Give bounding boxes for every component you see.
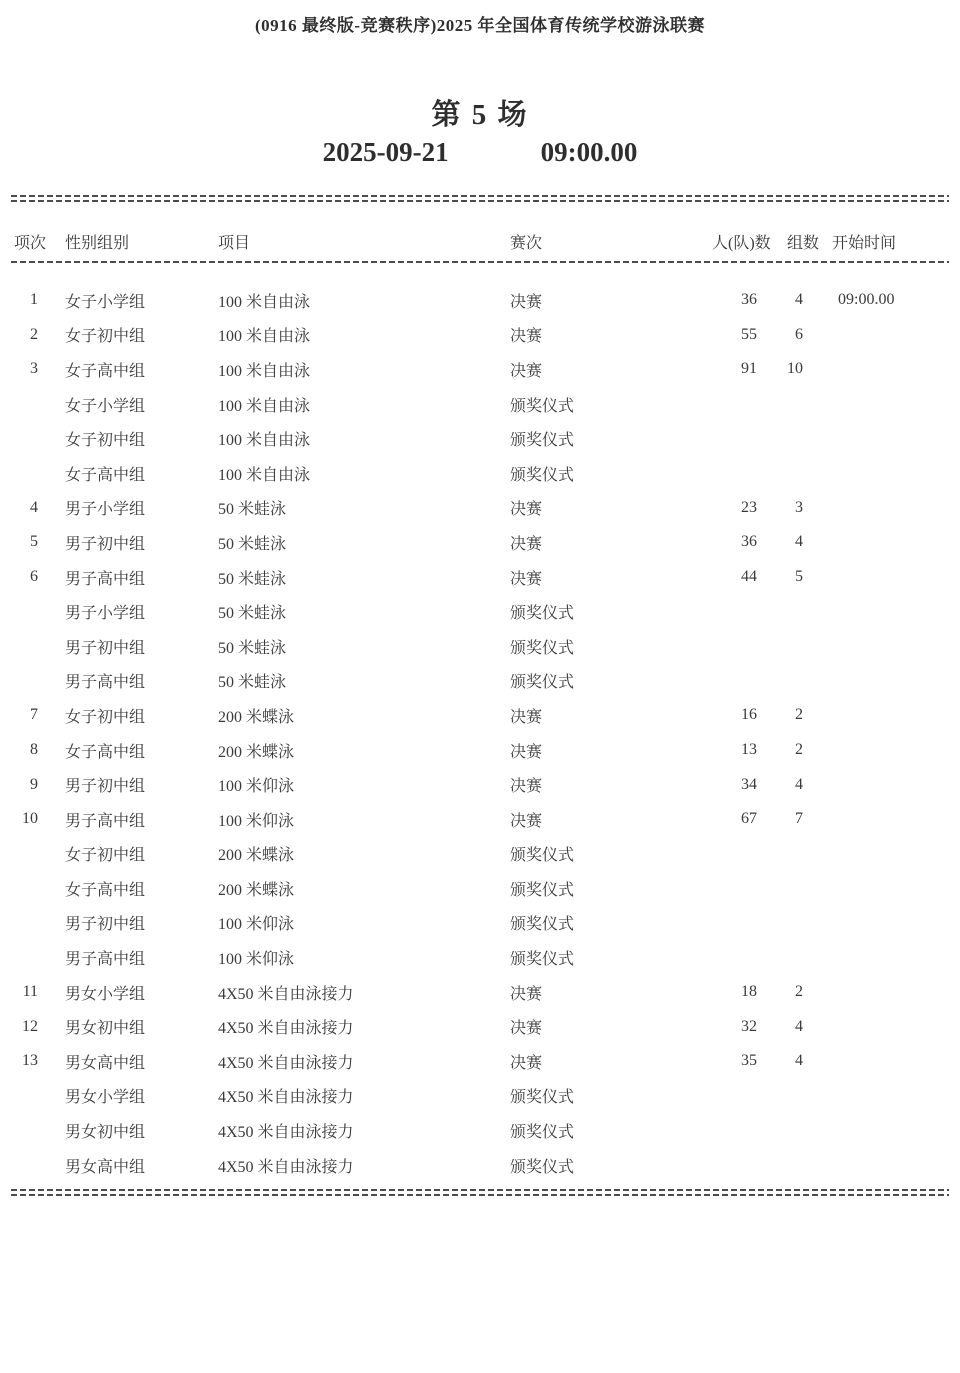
table-row: 男子初中组 50 米蛙泳 颁奖仪式 — [14, 629, 960, 664]
cell-count: 16 — [690, 706, 757, 724]
cell-event: 100 米自由泳 — [218, 323, 510, 346]
cell-item-number: 11 — [14, 983, 65, 1001]
cell-group: 男子高中组 — [65, 669, 218, 692]
cell-event: 100 米自由泳 — [218, 289, 510, 312]
cell-heats: 4 — [757, 291, 803, 309]
session-time: 09:00.00 — [541, 137, 638, 167]
cell-event: 4X50 米自由泳接力 — [218, 1119, 510, 1142]
cell-event: 100 米自由泳 — [218, 393, 510, 416]
header-heats: 组数 — [787, 230, 819, 253]
cell-round: 决赛 — [510, 808, 690, 831]
cell-event: 200 米蝶泳 — [218, 877, 510, 900]
cell-round: 决赛 — [510, 981, 690, 1004]
cell-group: 男子初中组 — [65, 531, 218, 554]
cell-group: 男女初中组 — [65, 1015, 218, 1038]
cell-event: 50 米蛙泳 — [218, 669, 510, 692]
schedule-page: (0916 最终版-竞赛秩序)2025 年全国体育传统学校游泳联赛 第 5 场 … — [0, 0, 960, 1196]
cell-round: 颁奖仪式 — [510, 946, 690, 969]
cell-heats: 4 — [757, 776, 803, 794]
table-row: 男子小学组 50 米蛙泳 颁奖仪式 — [14, 594, 960, 629]
cell-count: 91 — [690, 360, 757, 378]
header-no: 项次 — [14, 230, 46, 253]
cell-group: 女子小学组 — [65, 289, 218, 312]
cell-event: 100 米仰泳 — [218, 911, 510, 934]
cell-group: 女子初中组 — [65, 842, 218, 865]
table-row: 9 男子初中组 100 米仰泳 决赛 34 4 — [14, 767, 960, 802]
cell-heats: 6 — [757, 326, 803, 344]
cell-item-number: 3 — [14, 360, 65, 378]
cell-item-number: 5 — [14, 533, 65, 551]
cell-count: 34 — [690, 776, 757, 794]
table-row: 12 男女初中组 4X50 米自由泳接力 决赛 32 4 — [14, 1009, 960, 1044]
cell-count: 23 — [690, 499, 757, 517]
cell-group: 女子高中组 — [65, 358, 218, 381]
header-group: 性别组别 — [65, 230, 129, 253]
table-row: 2 女子初中组 100 米自由泳 决赛 55 6 — [14, 318, 960, 353]
cell-count: 13 — [690, 741, 757, 759]
cell-round: 颁奖仪式 — [510, 911, 690, 934]
table-row: 1 女子小学组 100 米自由泳 决赛 36 4 09:00.00 — [14, 283, 960, 318]
cell-item-number: 6 — [14, 568, 65, 586]
cell-count: 36 — [690, 291, 757, 309]
cell-round: 决赛 — [510, 531, 690, 554]
cell-event: 50 米蛙泳 — [218, 566, 510, 589]
cell-round: 颁奖仪式 — [510, 635, 690, 658]
header-event: 项目 — [218, 230, 250, 253]
cell-group: 女子高中组 — [65, 877, 218, 900]
cell-event: 50 米蛙泳 — [218, 496, 510, 519]
cell-event: 100 米仰泳 — [218, 946, 510, 969]
table-row: 13 男女高中组 4X50 米自由泳接力 决赛 35 4 — [14, 1044, 960, 1079]
table-row: 女子高中组 100 米自由泳 颁奖仪式 — [14, 456, 960, 491]
cell-round: 颁奖仪式 — [510, 669, 690, 692]
cell-start-time: 09:00.00 — [803, 291, 960, 309]
cell-round: 颁奖仪式 — [510, 1119, 690, 1142]
cell-group: 男子高中组 — [65, 808, 218, 831]
cell-heats: 2 — [757, 706, 803, 724]
session-datetime: 2025-09-2109:00.00 — [0, 137, 960, 168]
cell-event: 4X50 米自由泳接力 — [218, 1084, 510, 1107]
cell-item-number: 13 — [14, 1052, 65, 1070]
table-row: 男女小学组 4X50 米自由泳接力 颁奖仪式 — [14, 1079, 960, 1114]
table-row: 11 男女小学组 4X50 米自由泳接力 决赛 18 2 — [14, 975, 960, 1010]
document-title: (0916 最终版-竞赛秩序)2025 年全国体育传统学校游泳联赛 — [0, 0, 960, 36]
cell-round: 决赛 — [510, 739, 690, 762]
cell-group: 女子初中组 — [65, 323, 218, 346]
header-count: 人(队)数 — [712, 230, 771, 253]
cell-round: 颁奖仪式 — [510, 393, 690, 416]
cell-round: 决赛 — [510, 289, 690, 312]
cell-group: 男女高中组 — [65, 1050, 218, 1073]
cell-round: 决赛 — [510, 496, 690, 519]
cell-group: 男子初中组 — [65, 911, 218, 934]
cell-round: 颁奖仪式 — [510, 842, 690, 865]
cell-event: 100 米自由泳 — [218, 358, 510, 381]
cell-count: 36 — [690, 533, 757, 551]
cell-count: 18 — [690, 983, 757, 1001]
cell-event: 100 米自由泳 — [218, 462, 510, 485]
cell-item-number: 4 — [14, 499, 65, 517]
header-round: 赛次 — [510, 230, 542, 253]
cell-event: 100 米自由泳 — [218, 427, 510, 450]
cell-round: 颁奖仪式 — [510, 462, 690, 485]
cell-round: 颁奖仪式 — [510, 1154, 690, 1177]
cell-event: 50 米蛙泳 — [218, 600, 510, 623]
table-row: 女子初中组 200 米蝶泳 颁奖仪式 — [14, 837, 960, 872]
table-row: 女子初中组 100 米自由泳 颁奖仪式 — [14, 421, 960, 456]
cell-event: 50 米蛙泳 — [218, 531, 510, 554]
cell-event: 100 米仰泳 — [218, 773, 510, 796]
table-row: 8 女子高中组 200 米蝶泳 决赛 13 2 — [14, 733, 960, 768]
cell-group: 女子高中组 — [65, 739, 218, 762]
table-row: 10 男子高中组 100 米仰泳 决赛 67 7 — [14, 802, 960, 837]
session-title: 第 5 场 — [0, 92, 960, 133]
table-header-row: 项次 性别组别 项目 赛次 人(队)数 组数 开始时间 — [0, 230, 960, 252]
cell-group: 女子初中组 — [65, 427, 218, 450]
cell-count: 67 — [690, 810, 757, 828]
cell-event: 4X50 米自由泳接力 — [218, 1015, 510, 1038]
session-date: 2025-09-21 — [323, 137, 449, 167]
cell-event: 200 米蝶泳 — [218, 704, 510, 727]
cell-round: 决赛 — [510, 1050, 690, 1073]
cell-heats: 4 — [757, 533, 803, 551]
cell-event: 50 米蛙泳 — [218, 635, 510, 658]
cell-round: 决赛 — [510, 358, 690, 381]
cell-group: 男女小学组 — [65, 981, 218, 1004]
separator-top — [11, 195, 949, 202]
table-row: 7 女子初中组 200 米蝶泳 决赛 16 2 — [14, 698, 960, 733]
cell-group: 男女小学组 — [65, 1084, 218, 1107]
table-row: 男女初中组 4X50 米自由泳接力 颁奖仪式 — [14, 1113, 960, 1148]
cell-heats: 3 — [757, 499, 803, 517]
table-row: 4 男子小学组 50 米蛙泳 决赛 23 3 — [14, 491, 960, 526]
table-row: 男子高中组 50 米蛙泳 颁奖仪式 — [14, 664, 960, 699]
cell-event: 200 米蝶泳 — [218, 739, 510, 762]
table-row: 女子小学组 100 米自由泳 颁奖仪式 — [14, 387, 960, 422]
cell-heats: 2 — [757, 983, 803, 1001]
cell-item-number: 8 — [14, 741, 65, 759]
cell-item-number: 12 — [14, 1018, 65, 1036]
cell-item-number: 9 — [14, 776, 65, 794]
table-row: 女子高中组 200 米蝶泳 颁奖仪式 — [14, 871, 960, 906]
cell-round: 决赛 — [510, 1015, 690, 1038]
schedule-table: 1 女子小学组 100 米自由泳 决赛 36 4 09:00.00 2 女子初中… — [0, 283, 960, 1182]
cell-group: 男子初中组 — [65, 773, 218, 796]
cell-item-number: 10 — [14, 810, 65, 828]
cell-heats: 4 — [757, 1052, 803, 1070]
separator-header — [11, 261, 949, 263]
cell-item-number: 1 — [14, 291, 65, 309]
cell-heats: 2 — [757, 741, 803, 759]
cell-round: 颁奖仪式 — [510, 427, 690, 450]
cell-heats: 10 — [757, 360, 803, 378]
table-row: 男女高中组 4X50 米自由泳接力 颁奖仪式 — [14, 1148, 960, 1183]
cell-group: 男女初中组 — [65, 1119, 218, 1142]
cell-event: 100 米仰泳 — [218, 808, 510, 831]
cell-count: 44 — [690, 568, 757, 586]
cell-group: 男子初中组 — [65, 635, 218, 658]
cell-count: 55 — [690, 326, 757, 344]
cell-heats: 5 — [757, 568, 803, 586]
cell-count: 32 — [690, 1018, 757, 1036]
cell-round: 颁奖仪式 — [510, 600, 690, 623]
table-row: 6 男子高中组 50 米蛙泳 决赛 44 5 — [14, 560, 960, 595]
cell-event: 4X50 米自由泳接力 — [218, 1050, 510, 1073]
cell-round: 决赛 — [510, 704, 690, 727]
cell-event: 4X50 米自由泳接力 — [218, 1154, 510, 1177]
cell-group: 女子高中组 — [65, 462, 218, 485]
cell-group: 男子高中组 — [65, 946, 218, 969]
header-start: 开始时间 — [832, 230, 896, 253]
cell-round: 决赛 — [510, 566, 690, 589]
separator-bottom — [11, 1189, 949, 1196]
cell-group: 女子小学组 — [65, 393, 218, 416]
cell-count: 35 — [690, 1052, 757, 1070]
cell-round: 颁奖仪式 — [510, 877, 690, 900]
table-row: 5 男子初中组 50 米蛙泳 决赛 36 4 — [14, 525, 960, 560]
cell-group: 女子初中组 — [65, 704, 218, 727]
cell-group: 男子小学组 — [65, 496, 218, 519]
cell-item-number: 2 — [14, 326, 65, 344]
table-row: 男子高中组 100 米仰泳 颁奖仪式 — [14, 940, 960, 975]
cell-group: 男子高中组 — [65, 566, 218, 589]
table-row: 男子初中组 100 米仰泳 颁奖仪式 — [14, 906, 960, 941]
cell-heats: 7 — [757, 810, 803, 828]
table-row: 3 女子高中组 100 米自由泳 决赛 91 10 — [14, 352, 960, 387]
cell-event: 200 米蝶泳 — [218, 842, 510, 865]
cell-group: 男女高中组 — [65, 1154, 218, 1177]
cell-item-number: 7 — [14, 706, 65, 724]
cell-round: 决赛 — [510, 773, 690, 796]
cell-heats: 4 — [757, 1018, 803, 1036]
cell-group: 男子小学组 — [65, 600, 218, 623]
cell-event: 4X50 米自由泳接力 — [218, 981, 510, 1004]
cell-round: 颁奖仪式 — [510, 1084, 690, 1107]
cell-round: 决赛 — [510, 323, 690, 346]
